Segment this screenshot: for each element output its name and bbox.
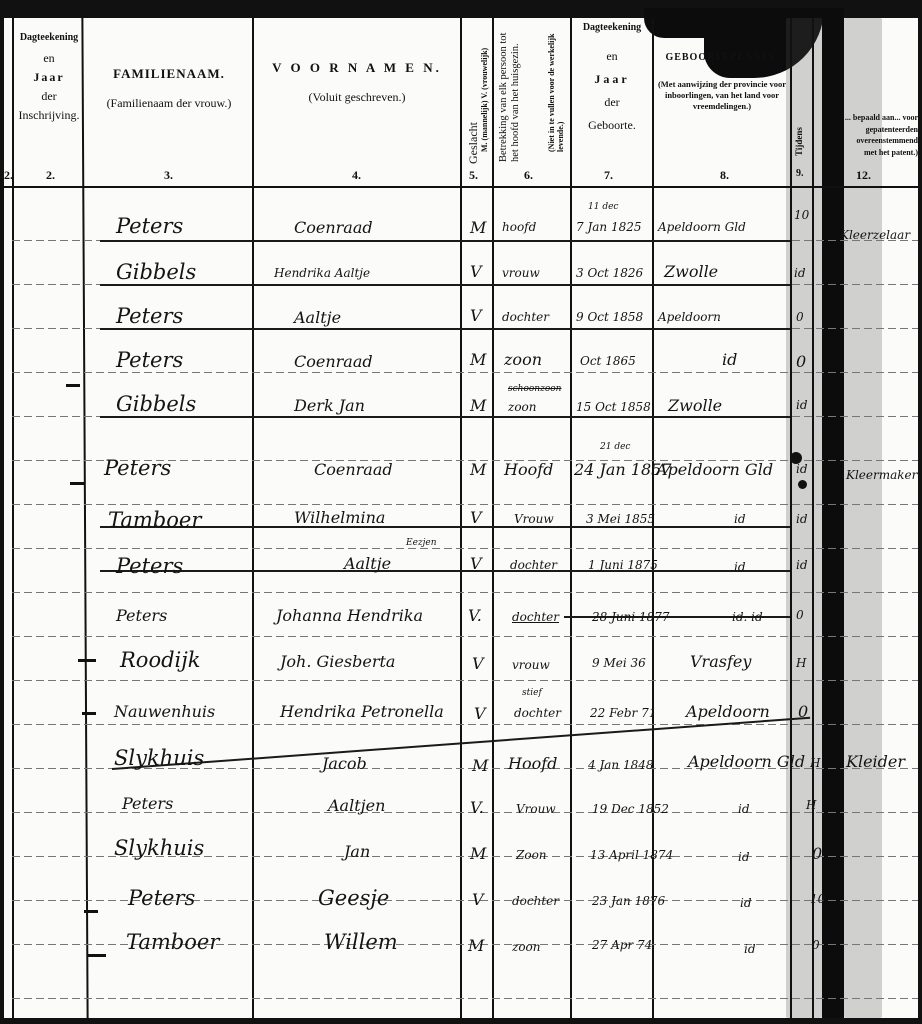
row-3-voornamen: Aaltje [294, 308, 341, 327]
row-16-familienaam: Tamboer [126, 930, 219, 954]
row-8-voornamen-note: Eezjen [406, 538, 437, 548]
row-3-geboorteplaats: Apeldoorn [658, 310, 721, 324]
header-divider [4, 186, 918, 188]
row-4-geslacht: M [470, 350, 486, 369]
row-4-geboorte: Oct 1865 [580, 354, 636, 368]
row-10-col9: H [796, 656, 806, 670]
row-12-voornamen: Jacob [322, 754, 367, 773]
header-col2-line1: Dagteekening [12, 32, 86, 45]
header-col8-title: GEBOORTEPLAATS. [654, 52, 790, 65]
header-col7-line4: der [572, 95, 652, 110]
rule-11 [12, 680, 918, 681]
row-2-betrekking: vrouw [502, 266, 540, 280]
binding-shadow [822, 8, 844, 1018]
row-12-familienaam: Slykhuis [114, 746, 204, 770]
header-col5-sub: M. (mannelijk) V. (vrouwelijk) [480, 22, 489, 152]
header-col4-title: V O O R N A M E N. [254, 60, 460, 76]
header-col7-number: 7. [604, 168, 613, 183]
header-col4-number: 4. [352, 168, 361, 183]
rule-9 [12, 592, 918, 593]
row-7-voornamen: Wilhelmina [294, 508, 385, 527]
margin-mark-row-15 [84, 910, 98, 913]
header-col4: V O O R N A M E N. (Voluit geschreven.) [254, 60, 460, 105]
strike-row-2 [100, 284, 790, 286]
row-6-col9: id [796, 462, 808, 476]
header-col2-line3: Jaar [12, 70, 86, 85]
row-4-geboorteplaats: id [722, 350, 737, 369]
header-col6-number: 6. [524, 168, 533, 183]
margin-mark-row-16 [88, 954, 106, 957]
ink-spot [798, 480, 807, 489]
row-2-col9: id [794, 266, 806, 280]
col-line-3 [252, 18, 254, 1018]
register-page: Dagteekening en Jaar der Inschrijving. 2… [4, 8, 918, 1018]
row-13-betrekking: Vrouw [516, 802, 556, 816]
row-8-geslacht: V [470, 554, 482, 573]
header-col7-line5: Geboorte. [572, 118, 652, 133]
row-15-col9: 10 [810, 892, 825, 906]
row-10-geslacht: V [472, 654, 484, 673]
header-col7-line3: Jaar [572, 72, 652, 87]
row-7-col9: id [796, 512, 808, 526]
header-col6-sub: (Niet in te vullen voor de werkelijk lev… [548, 22, 568, 152]
row-15-geboorte: 23 Jan 1876 [592, 894, 665, 908]
rule-7 [12, 504, 918, 505]
row-13-geboorteplaats: id [738, 802, 750, 816]
row-9-geslacht: V. [468, 606, 482, 625]
header-col5-label: Geslacht [466, 98, 481, 164]
row-5-betrekking: zoon [508, 400, 537, 414]
header-col5-number: 5. [469, 168, 478, 183]
row-1-geboorteplaats: Apeldoorn Gld [658, 220, 746, 234]
header-col3-number: 3. [164, 168, 173, 183]
strike-row-1 [100, 240, 790, 242]
row-8-voornamen: Aaltje [344, 554, 391, 573]
row-5-col9: id [796, 398, 808, 412]
row-4-voornamen: Coenraad [294, 352, 373, 371]
row-14-voornamen: Jan [344, 842, 370, 861]
row-10-betrekking: vrouw [512, 658, 550, 672]
row-16-geslacht: M [468, 936, 484, 955]
header-col12-subtitle: ... bepaald aan... voor gepatenteerden o… [844, 112, 918, 158]
row-11-betrekking-note: stief [522, 688, 542, 698]
row-13-geboorte: 19 Dec 1852 [592, 802, 669, 816]
row-6-voornamen: Coenraad [314, 460, 393, 479]
row-7-geboorteplaats: id [734, 512, 746, 526]
row-12-col12: Kleider [846, 752, 905, 771]
row-9-familienaam: Peters [116, 606, 167, 625]
row-4-betrekking: zoon [504, 350, 542, 369]
row-15-geslacht: V [472, 890, 484, 909]
row-2-geboorteplaats: Zwolle [664, 262, 718, 281]
row-13-familienaam: Peters [122, 794, 173, 813]
row-1-betrekking: hoofd [502, 220, 536, 234]
row-7-geboorte: 3 Mei 1855 [586, 512, 655, 526]
header-col8-number: 8. [720, 168, 729, 183]
row-15-voornamen: Geesje [318, 886, 389, 910]
header-col2-line4: der [12, 89, 86, 104]
row-9-col9: 0 [796, 608, 804, 622]
row-11-familienaam: Nauwenhuis [114, 702, 215, 721]
rule-12 [12, 724, 918, 725]
col-line-2 [81, 18, 88, 1018]
row-12-betrekking: Hoofd [508, 754, 557, 773]
margin-mark-row-11 [82, 712, 96, 715]
row-10-familienaam: Roodijk [120, 648, 201, 672]
row-6-geslacht: M [470, 460, 486, 479]
header-col7-line2: en [572, 49, 652, 64]
header-col2-line2: en [12, 51, 86, 66]
col-line-8 [790, 18, 792, 1018]
row-14-familienaam: Slykhuis [114, 836, 204, 860]
header-col12: ... bepaald aan... voor gepatenteerden o… [844, 112, 918, 158]
rule-4 [12, 372, 918, 373]
col-line-9 [812, 18, 814, 1018]
row-6-familienaam: Peters [104, 456, 171, 480]
row-9-voornamen: Johanna Hendrika [276, 606, 423, 625]
strike-row-3 [100, 328, 790, 330]
row-1-geboorte: 7 Jan 1825 [576, 220, 642, 234]
row-10-voornamen: Joh. Giesberta [280, 652, 395, 671]
row-3-familienaam: Peters [116, 304, 183, 328]
header-col12-number: 12. [856, 168, 871, 183]
header-col3: FAMILIENAAM. (Familienaam der vrouw.) [86, 66, 252, 111]
strike-row-5 [100, 416, 790, 418]
row-2-geslacht: V [470, 262, 482, 281]
row-14-geslacht: M [470, 844, 486, 863]
row-13-col9: H [806, 798, 816, 812]
row-2-familienaam: Gibbels [116, 260, 196, 284]
row-16-betrekking: zoon [512, 940, 541, 954]
row-16-geboorteplaats: id [744, 942, 756, 956]
row-9-geboorteplaats: id. id [732, 610, 763, 624]
row-11-geboorteplaats: Apeldoorn [686, 702, 770, 721]
header-col9-number: 9. [796, 168, 804, 179]
col-line-4 [460, 18, 462, 1018]
row-10-geboorteplaats: Vrasfey [690, 652, 751, 671]
row-1-col9: 10 [794, 208, 809, 222]
row-9-geboorte: 28 Juni 1877 [592, 610, 670, 624]
rule-18 [12, 998, 918, 999]
row-3-geboorte: 9 Oct 1858 [576, 310, 643, 324]
header-col8: GEBOORTEPLAATS. (Met aanwijzing der prov… [654, 52, 790, 113]
row-5-betrekking-note: schoonzoon [508, 384, 561, 394]
margin-mark-row-6 [70, 482, 84, 485]
row-14-betrekking: Zoon [516, 848, 547, 862]
row-6-geboorteplaats: Apeldoorn Gld [656, 460, 773, 479]
header-col3-subtitle: (Familienaam der vrouw.) [86, 96, 252, 111]
header-col2: Dagteekening en Jaar der Inschrijving. [12, 32, 86, 123]
header-col2-number: 2. [46, 168, 55, 183]
header-col7-line1: Dagteekening [572, 22, 652, 35]
rule-8 [12, 548, 918, 549]
header-col3-title: FAMILIENAAM. [86, 66, 252, 82]
header-col8-subtitle: (Met aanwijzing der provincie voor inboo… [654, 79, 790, 113]
row-1-geslacht: M [470, 218, 486, 237]
row-3-geslacht: V [470, 306, 482, 325]
left-edge-number: 2. [4, 168, 13, 183]
row-5-voornamen: Derk Jan [294, 396, 365, 415]
row-8-betrekking: dochter [510, 558, 557, 572]
row-8-geboorteplaats: id [734, 560, 746, 574]
row-11-geboorte: 22 Febr 71 [590, 706, 656, 720]
row-11-geslacht: V [474, 704, 486, 723]
row-11-voornamen: Hendrika Petronella [280, 702, 444, 721]
row-3-col9: 0 [796, 310, 804, 324]
strike-row-7 [100, 526, 790, 528]
row-5-geboorteplaats: Zwolle [668, 396, 722, 415]
row-15-familienaam: Peters [128, 886, 195, 910]
row-1-familienaam: Peters [116, 214, 183, 238]
row-8-familienaam: Peters [116, 554, 183, 578]
row-13-geslacht: V. [470, 798, 484, 817]
row-11-col9: 0 [798, 702, 808, 721]
header-col6-label: Betrekking van elk persoon tot het hoofd… [498, 22, 546, 162]
row-9-betrekking: dochter [512, 610, 559, 624]
row-12-geboorte: 4 Jan 1848 [588, 758, 654, 772]
row-6-betrekking: Hoofd [504, 460, 553, 479]
col-line-5 [492, 18, 494, 1018]
row-7-familienaam: Tamboer [108, 508, 201, 532]
row-1-geboorte-note: 11 dec [588, 202, 618, 212]
row-7-geslacht: V [470, 508, 482, 527]
row-11-betrekking: dochter [514, 706, 561, 720]
header-col2-line5: Inschrijving. [12, 108, 86, 123]
row-15-betrekking: dochter [512, 894, 559, 908]
row-7-betrekking: Vrouw [514, 512, 554, 526]
row-6-geboorte-note: 21 dec [600, 442, 630, 452]
row-4-familienaam: Peters [116, 348, 183, 372]
row-1-voornamen: Coenraad [294, 218, 373, 237]
row-14-geboorteplaats: id [738, 850, 750, 864]
row-8-geboorte: 1 Juni 1875 [588, 558, 658, 572]
col-line-6 [570, 18, 572, 1018]
header-col4-subtitle: (Voluit geschreven.) [254, 90, 460, 105]
margin-mark-row-4 [66, 384, 80, 387]
row-12-col9: H [810, 756, 820, 770]
margin-mark-row-10 [78, 659, 96, 662]
row-1-col12: Kleerzelaar [840, 228, 910, 242]
row-2-geboorte: 3 Oct 1826 [576, 266, 643, 280]
row-12-geboorteplaats: Apeldoorn Gld [688, 752, 805, 771]
strike-row-8 [100, 570, 790, 572]
header-col9-label: Tijdens [794, 116, 804, 156]
row-12-geslacht: M [472, 756, 488, 775]
row-14-col9: 0 [812, 844, 822, 863]
row-6-col12: Kleermaker [846, 468, 917, 482]
row-10-geboorte: 9 Mei 36 [592, 656, 646, 670]
row-5-geboorte: 15 Oct 1858 [576, 400, 651, 414]
row-16-geboorte: 27 Apr 74 [592, 938, 652, 952]
header-col7: Dagteekening en Jaar der Geboorte. [572, 22, 652, 133]
row-5-geslacht: M [470, 396, 486, 415]
row-5-familienaam: Gibbels [116, 392, 196, 416]
row-8-col9: id [796, 558, 808, 572]
row-3-betrekking: dochter [502, 310, 549, 324]
row-14-geboorte: 13 April 1874 [590, 848, 673, 862]
rule-10 [12, 636, 918, 637]
row-16-voornamen: Willem [324, 930, 398, 954]
row-16-col9: 0 [812, 938, 820, 952]
row-4-col9: 0 [796, 352, 806, 371]
row-13-voornamen: Aaltjen [328, 796, 385, 815]
row-15-geboorteplaats: id [740, 896, 752, 910]
row-2-voornamen: Hendrika Aaltje [274, 266, 370, 280]
